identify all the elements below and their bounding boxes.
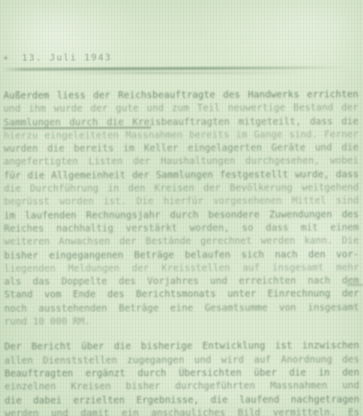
text-block: Außerdem liess der Reichsbeauftragte des… bbox=[3, 88, 359, 416]
margin-mark: + bbox=[3, 54, 10, 64]
header-underline-rule-shadow bbox=[40, 72, 310, 74]
text-line: Der Bericht über die bisherige Entwicklu… bbox=[4, 339, 359, 354]
text-line: rund 10 000 RM. bbox=[4, 314, 359, 329]
text-line: begrüsst worden ist. Die hierfür vorgese… bbox=[4, 194, 359, 209]
header-underline-rule bbox=[2, 66, 346, 71]
stray-mark bbox=[347, 284, 363, 286]
text-line: werden und damit ein anschauliches Bild … bbox=[5, 406, 360, 416]
paragraph: Der Bericht über die bisherige Entwicklu… bbox=[4, 340, 359, 416]
text-line: weiteren Anwachsen der Bestände gerechne… bbox=[4, 234, 359, 249]
scanned-document-page: +13. Juli 1943 Außerdem liess der Reichs… bbox=[0, 0, 363, 416]
text-line: und ihm wurde der gute und zum Teil neuw… bbox=[3, 101, 358, 116]
text-line: einzelnen Kreisen bisher durchgeführten … bbox=[4, 379, 359, 394]
paragraph: Außerdem liess der Reichsbeauftragte des… bbox=[3, 88, 359, 329]
header-date: 13. Juli 1943 bbox=[22, 53, 112, 63]
